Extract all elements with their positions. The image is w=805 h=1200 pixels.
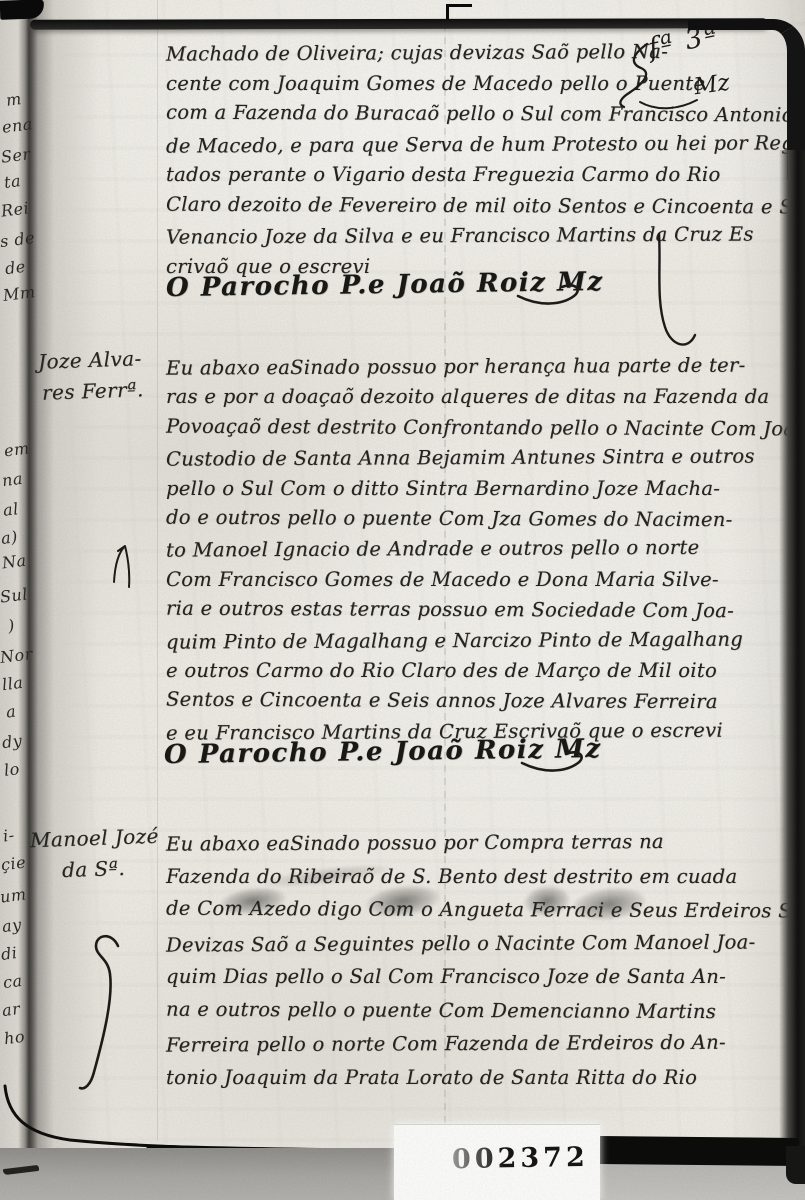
gutter-text-fragment: Ser xyxy=(0,144,32,166)
entry-body-line: Custodio de Santa Anna Bejamim Antunes S… xyxy=(166,442,776,476)
gutter-text-fragment: a) xyxy=(0,527,19,548)
gutter-text-fragment: ca xyxy=(2,971,24,992)
margin-rule-line xyxy=(157,0,158,1140)
gutter-text-fragment: lla xyxy=(1,673,24,694)
gutter-text-fragment: dy xyxy=(1,731,23,752)
entry-body-line: pello o Sul Com o ditto Sintra Bernardin… xyxy=(166,474,776,504)
gutter-text-fragment: ena xyxy=(1,114,34,137)
gutter-text-fragment: lo xyxy=(3,759,21,780)
gutter-text-fragment: em xyxy=(3,439,31,461)
entry-body-line: ras e por a doaçaõ dezoito alqueres de d… xyxy=(166,382,776,412)
gutter-text-fragment: di xyxy=(0,943,18,964)
entry-margin-note: Manoel Jozé xyxy=(30,824,160,852)
entry-body-line: Claro dezoito de Fevereiro de mil oito S… xyxy=(166,189,776,222)
entry-body-line: Sentos e Cincoenta e Seis annos Joze Alv… xyxy=(166,685,776,718)
entry-body-line: ria e outros estas terras possuo em Soci… xyxy=(166,594,776,627)
scanned-register-page: m ena Ser ta Rei s de de Mm em na al a) … xyxy=(0,0,805,1200)
register-entry-2: Eu abaxo eaSinado possuo por herança hua… xyxy=(166,352,776,747)
entry-body-line: Eu abaxo eaSinado possuo por herança hua… xyxy=(166,350,776,384)
entry-body-line: Devizas Saõ a Seguintes pello o Nacinte … xyxy=(166,925,776,962)
entry-body-line: de Macedo, e para que Serva de hum Prote… xyxy=(166,128,776,162)
entry-body-line: na e outros pello o puente Com Demencian… xyxy=(166,992,776,1028)
gutter-text-fragment: na xyxy=(1,469,24,490)
gutter-text-fragment: Mm xyxy=(2,282,37,305)
register-entry-3: Eu abaxo eaSinado possuo por Compra terr… xyxy=(166,826,776,1094)
entry-body-line: Eu abaxo eaSinado possuo por Compra terr… xyxy=(166,824,776,861)
gutter-text-fragment: Na xyxy=(1,551,28,573)
entry-body-line: do e outros pello o puente Com Jza Gomes… xyxy=(166,503,776,536)
gutter-text-fragment: Rei xyxy=(0,198,30,220)
gutter-text-fragment: ta xyxy=(3,171,22,192)
page-edge-bottom-right xyxy=(597,1136,799,1166)
entry-margin-note: da Sª. xyxy=(62,856,126,882)
gutter-text-fragment: i- xyxy=(2,825,16,845)
entry-body-line: tados perante o Vigario desta Freguezia … xyxy=(166,160,776,191)
page-edge-top xyxy=(30,18,768,30)
entry-body-line: cente com Joaquim Gomes de Macedo pello … xyxy=(166,69,776,100)
entry-margin-note: res Ferrª. xyxy=(42,377,144,405)
page-edge-right xyxy=(779,150,805,1170)
page-corner-bottom-right xyxy=(786,1146,805,1184)
gutter-text-fragment: m xyxy=(5,89,23,110)
entry-body-line: Povoaçaõ dest destrito Confrontando pell… xyxy=(166,411,776,444)
gutter-text-fragment: ar xyxy=(1,999,21,1020)
entry-body-line: Ferreira pello o norte Com Fazenda de Er… xyxy=(166,1025,776,1062)
register-entry-1: Machado de Oliveira; cujas devizas Saõ p… xyxy=(166,38,776,282)
parish-vicar-signature: O Parocho P.e Joaõ Roiz Mz xyxy=(166,267,604,303)
entry-body-line: com a Fazenda do Buracaõ pello o Sul com… xyxy=(166,98,776,131)
entry-body-line: quim Dias pello o Sal Com Francisco Joze… xyxy=(166,960,776,994)
scanner-background-bottom xyxy=(0,1148,398,1200)
entry-margin-note: Joze Alva- xyxy=(38,346,142,374)
gutter-text-fragment: ho xyxy=(3,1027,26,1048)
registration-stamp-number: 002372 xyxy=(452,1142,589,1175)
stamp-label-patch: 002372 xyxy=(394,1124,600,1200)
entry-body-line: tonio Joaquim da Prata Lorato de Santa R… xyxy=(166,1061,776,1095)
entry-body-line: Venancio Joze da Silva e eu Francisco Ma… xyxy=(166,219,776,253)
entry-body-line: to Manoel Ignacio de Andrade e outros pe… xyxy=(166,533,776,567)
gutter-text-fragment: de xyxy=(4,257,27,278)
entry-body-line: quim Pinto de Magalhang e Narcizo Pinto … xyxy=(166,624,776,658)
entry-body-line: Com Francisco Gomes de Macedo e Dona Mar… xyxy=(166,565,776,595)
gutter-text-fragment: çie xyxy=(0,853,27,875)
gutter-text-fragment: Sul xyxy=(0,584,29,606)
gutter-text-fragment: a xyxy=(5,701,17,721)
gutter-text-fragment: ay xyxy=(1,915,23,936)
entry-body-line: e outros Carmo do Rio Claro des de Março… xyxy=(166,656,776,686)
gutter-text-fragment: al xyxy=(2,499,20,520)
gutter-text-fragment: um xyxy=(0,884,28,906)
parish-vicar-signature: O Parocho P.e Joaõ Roiz Mz xyxy=(164,734,602,770)
gutter-text-fragment: Nor xyxy=(0,644,34,667)
